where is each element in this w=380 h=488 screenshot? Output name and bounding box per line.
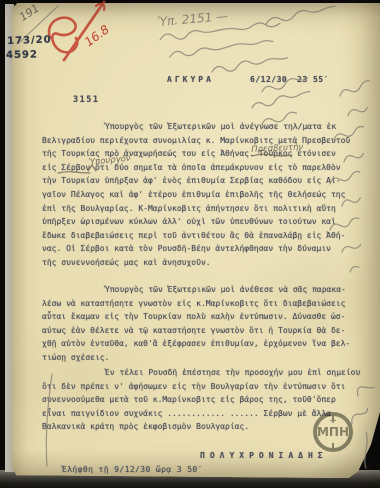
typed-line: νας. Οἱ Σέρβοι κατὰ τὸν Ρουσδῆ-Βέην ἀντε… xyxy=(42,242,354,256)
typed-line: τὴν Τουρκίαν ὑπῆρξαν ἀφ' ἑνὸς ἐπιθυμία Σ… xyxy=(42,174,354,188)
typed-line: αὗται ἔκαμαν εἰς τὴν Τουρκίαν πολὺ καλὴν… xyxy=(42,310,354,324)
protocol-number: 3151 xyxy=(73,95,99,105)
typed-line: Βαλκανικὰ κράτη πρὸς ἐκφοβισμὸν Βουλγαρί… xyxy=(42,420,354,434)
typed-line: ἐπὶ τῆς Βουλγαρίας. Κ-Μαρίνκοβιτς ἀπήντη… xyxy=(42,202,354,216)
origin-city: ΑΓΚΥΡΑ xyxy=(167,75,214,84)
stamp-cross-icon: ✚ xyxy=(330,417,336,425)
received-stamp-line: Ἐλήφθη τῇ 9/12/30 ὥρᾳ 3 50′ xyxy=(62,465,203,474)
typed-line: εἶναι παιγνίδιον συχνάκις ............ .… xyxy=(42,407,354,421)
typed-line: ὅτι δὲν πρέπει ν' ἀφήσωμεν εἰς τὴν Βουλγ… xyxy=(42,380,354,394)
typed-line: Ἐν τέλει Ρουσδῆ ἐπέστησε τὴν προσοχήν μο… xyxy=(42,366,354,380)
typed-line: τιώσῃ σχέσεις. xyxy=(42,351,354,365)
typed-line: τῆς συνεννοήσεώς μας καὶ ἀνησυχοῦν. xyxy=(42,256,354,270)
typed-line: Βελιγραδίου περιέχοντα συνομιλίας κ. Μαρ… xyxy=(42,134,354,148)
registry-number: 4592 xyxy=(6,49,38,61)
typed-line: ἔδωκε διαβεβαιώσεις περὶ τοῦ ἀντιθέτου ἃ… xyxy=(42,229,354,243)
stamp-number: 173/20 xyxy=(7,34,52,47)
telegram-photo: ΑΓΚΥΡΑ 6/12/30 23 55′ 3151 Ὑπουργὸς τῶν … xyxy=(0,0,380,488)
typed-line: χθῇ αὐτὸν ἐνταῦθα, καθ'ἃ ἐξέφρασεν ἐπιθυ… xyxy=(42,337,354,351)
typed-line: Ὑπουργὸς τῶν Ἐξωτερικῶν μοὶ ἀνέγνωσε τηλ… xyxy=(42,120,354,134)
typed-line: Ὑπουργὸς τῶν Ἐξωτερικῶν μοὶ ἀνέθεσε νὰ σ… xyxy=(42,283,354,297)
typed-line: αύτως ἐὰν θέλετε νὰ τῷ καταστήσητε γνωστ… xyxy=(42,324,354,338)
archive-stamp: ✚ ΜΠΗ xyxy=(313,412,353,452)
telegram-time: 23 55′ xyxy=(297,75,329,84)
typed-line: ὑπῆρξεν ὡρισμένων κύκλων ἀλλ' οὐχὶ τῶν ὑ… xyxy=(42,215,354,229)
typed-line: συνεννοούμεθα μετὰ τοῦ κ.Μαρίνκοβιτς εἰς… xyxy=(42,393,354,407)
telegram-date: 6/12/30 xyxy=(250,75,287,84)
typed-line: λέσω νὰ καταστήσητε γνωστὸν εἰς κ.Μαρίνκ… xyxy=(42,297,354,311)
stamp-text: ΜΠΗ xyxy=(317,425,349,439)
signature-polychroniadis: ΠΟΛΥΧΡΟΝΙΑΔΗΣ xyxy=(200,451,328,460)
typed-line: γαῖον Πέλαγος καὶ ἀφ' ἑτέρου ἐπιθυμία ἐπ… xyxy=(42,188,354,202)
